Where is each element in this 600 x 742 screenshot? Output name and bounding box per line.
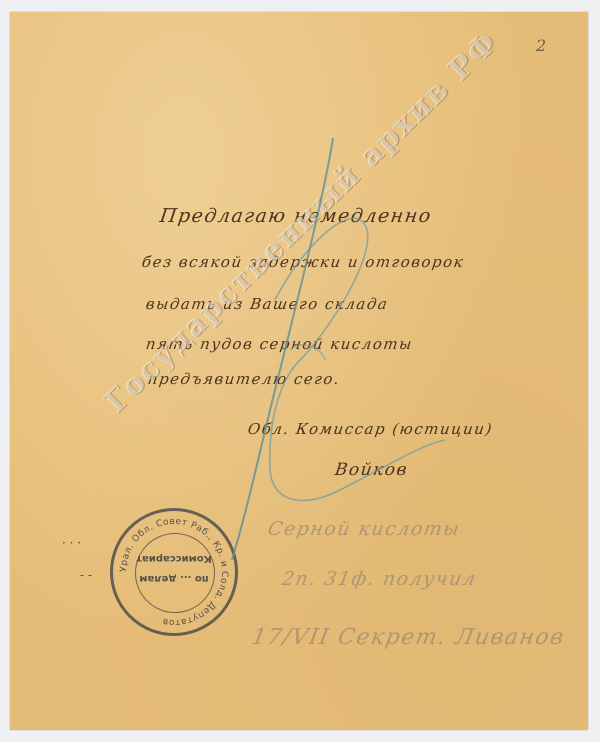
blue-pencil-resolution: [0, 0, 600, 742]
